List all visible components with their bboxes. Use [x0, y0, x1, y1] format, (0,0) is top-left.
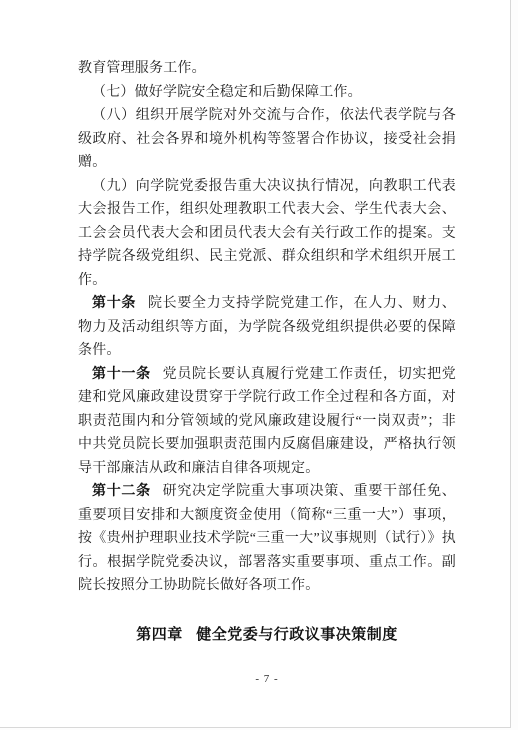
paragraph-article-12: 第十二条研究决定学院重大事项决策、重要干部任免、重要项目安排和大额度资金使用（简…: [78, 480, 456, 598]
article-number: 第十一条: [92, 367, 151, 382]
paragraph-text: （八）组织开展学院对外交流与合作，依法代表学院与各级政府、社会各界和境外机构等签…: [78, 108, 456, 170]
paragraph-text: 教育管理服务工作。: [78, 61, 206, 76]
paragraph-text: 党员院长要认真履行党建工作责任，切实把党建和党风廉政建设贯穿于学院行政工作全过程…: [78, 367, 456, 476]
paragraph-article-11: 第十一条党员院长要认真履行党建工作责任，切实把党建和党风廉政建设贯穿于学院行政工…: [78, 363, 456, 481]
paragraph-article-10: 第十条院长要全力支持学院党建工作，在人力、财力、物力及活动组织等方面，为学院各级…: [78, 292, 456, 363]
article-number: 第十二条: [92, 484, 151, 499]
chapter-title: 健全党委与行政议事决策制度: [196, 627, 398, 643]
article-number: 第十条: [92, 296, 136, 311]
chapter-heading: 第四章健全党委与行政议事决策制度: [78, 624, 456, 648]
chapter-number: 第四章: [136, 627, 183, 643]
paragraph-text: 研究决定学院重大事项决策、重要干部任免、重要项目安排和大额度资金使用（简称“三重…: [78, 484, 456, 593]
document-page: 教育管理服务工作。 （七）做好学院安全稳定和后勤保障工作。 （八）组织开展学院对…: [0, 0, 511, 728]
page-number: - 7 -: [78, 668, 456, 692]
paragraph-item-8: （八）组织开展学院对外交流与合作，依法代表学院与各级政府、社会各界和境外机构等签…: [78, 104, 456, 175]
paragraph-item-9: （九）向学院党委报告重大决议执行情况，向教职工代表大会报告工作，组织处理教职工代…: [78, 175, 456, 293]
page-content: 教育管理服务工作。 （七）做好学院安全稳定和后勤保障工作。 （八）组织开展学院对…: [78, 57, 456, 692]
paragraph-item-7: （七）做好学院安全稳定和后勤保障工作。: [78, 81, 456, 105]
paragraph-text: （七）做好学院安全稳定和后勤保障工作。: [92, 85, 362, 100]
paragraph-text: （九）向学院党委报告重大决议执行情况，向教职工代表大会报告工作，组织处理教职工代…: [78, 179, 456, 288]
paragraph-continuation: 教育管理服务工作。: [78, 57, 456, 81]
